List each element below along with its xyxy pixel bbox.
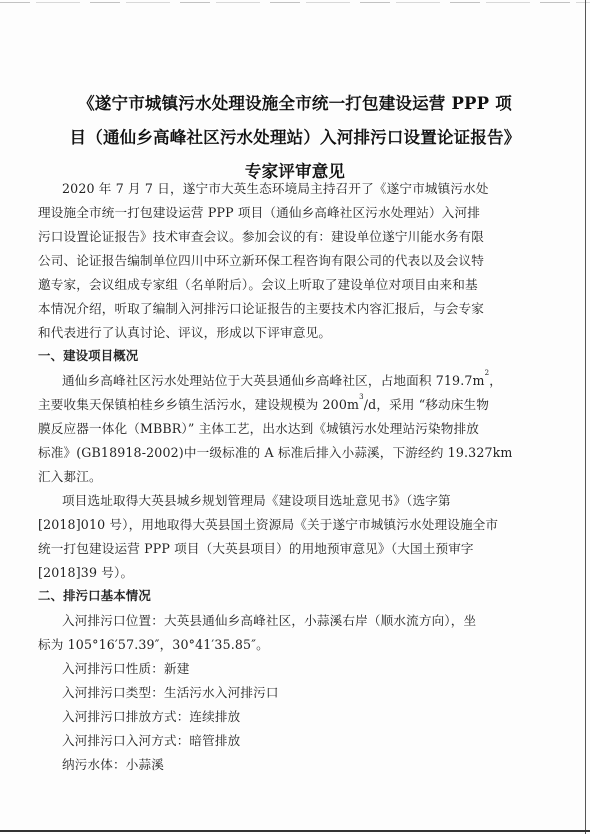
outlet-location-line: 入河排污口位置：大英县通仙乡高峰社区，小蒜溪右岸（顺水流方向），坐 xyxy=(62,610,572,629)
section-1-para-line: 汇入郪江。 xyxy=(38,466,548,485)
para-text: 主要收集天保镇柏桂乡乡镇生活污水，建设规模为 200m xyxy=(38,397,359,412)
outlet-nature: 入河排污口性质：新建 xyxy=(62,658,572,677)
section-1-para2-line: [2018]010 号），用地取得大英县国土资源局《关于遂宁市城镇污水处理设施全… xyxy=(38,514,548,533)
section-1-para2-line: [2018]39 号）。 xyxy=(38,562,548,581)
para-text: /d，采用 “移动床生物 xyxy=(364,397,489,412)
document-title-line-1: 《遂宁市城镇污水处理设施全市统一打包建设运营 PPP 项 xyxy=(0,90,590,114)
section-1-para2-line: 项目选址取得大英县城乡规划管理局《建设项目选址意见书》（选字第 xyxy=(62,490,572,509)
section-1-para-line: 标准》(GB18918-2002)中一级标准的 A 标准后排入小蒜溪，下游经约 … xyxy=(38,442,548,461)
section-1-para-line: 主要收集天保镇柏桂乡乡镇生活污水，建设规模为 200m3/d，采用 “移动床生物 xyxy=(38,394,548,413)
intro-line: 2020 年 7 月 7 日，遂宁市大英生态环境局主持召开了《遂宁市城镇污水处 xyxy=(62,178,572,197)
scanned-page: 《遂宁市城镇污水处理设施全市统一打包建设运营 PPP 项 目（通仙乡高峰社区污水… xyxy=(0,0,590,834)
section-1-para-line: 膜反应器一体化（MBBR）” 主体工艺，出水达到《城镇污水处理站污染物排放 xyxy=(38,418,548,437)
intro-line: 理设施全市统一打包建设运营 PPP 项目（通仙乡高峰社区污水处理站）入河排 xyxy=(38,202,548,221)
receiving-water-body: 纳污水体：小蒜溪 xyxy=(62,754,572,773)
section-2-heading: 二、排污口基本情况 xyxy=(38,586,548,604)
intro-line: 本情况介绍，听取了编制入河排污口论证报告的主要技术内容汇报后，与会专家 xyxy=(38,298,548,317)
intro-line: 公司、论证报告编制单位四川中环立新环保工程咨询有限公司的代表以及会议特 xyxy=(38,250,548,269)
section-1-heading: 一、建设项目概况 xyxy=(38,346,548,364)
document-title-line-2: 目（通仙乡高峰社区污水处理站）入河排污口设置论证报告》 xyxy=(0,124,590,148)
para-text: ， xyxy=(489,373,502,388)
scan-edge-top xyxy=(0,2,590,3)
intro-line: 和代表进行了认真讨论、评议，形成以下评审意见。 xyxy=(38,322,548,341)
outlet-location-line: 标为 105°16′57.39″，30°41′35.85″。 xyxy=(38,634,548,653)
section-1-para2-line: 统一打包建设运营 PPP 项目（大英县项目）的用地预审意见》（大国土预审字 xyxy=(38,538,548,557)
outlet-discharge-mode: 入河排污口排放方式：连续排放 xyxy=(62,706,572,725)
intro-line: 邀专家，会议组成专家组（名单附后）。会议上听取了建设单位对项目由来和基 xyxy=(38,274,548,293)
section-1-para-line: 通仙乡高峰社区污水处理站位于大英县通仙乡高峰社区，占地面积 719.7m2， xyxy=(62,370,572,389)
outlet-entry-mode: 入河排污口入河方式：暗管排放 xyxy=(62,730,572,749)
intro-line: 污口设置论证报告》技术审查会议。参加会议的有：建设单位遂宁川能水务有限 xyxy=(38,226,548,245)
scan-edge-bottom xyxy=(0,830,590,832)
outlet-type: 入河排污口类型：生活污水入河排污口 xyxy=(62,682,572,701)
para-text: 通仙乡高峰社区污水处理站位于大英县通仙乡高峰社区，占地面积 719.7m xyxy=(62,373,485,388)
